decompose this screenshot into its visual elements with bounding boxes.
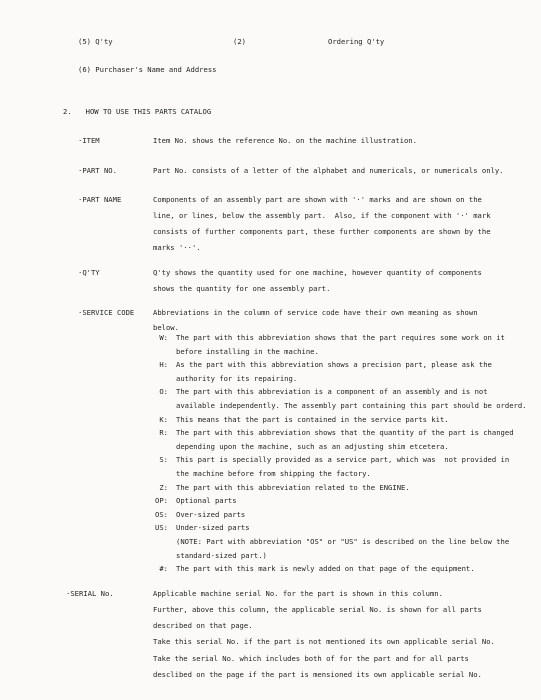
service-code-letter: #: bbox=[151, 562, 168, 576]
service-code-letter: S: bbox=[151, 453, 168, 480]
entry-part-no: ·PART NO. Part No. consists of a letter … bbox=[0, 163, 541, 179]
service-code-row-r: R: The part with this abbreviation shows… bbox=[0, 426, 541, 453]
service-code-text: Optional parts bbox=[176, 494, 237, 508]
purchaser-name-line: (6) Purchaser's Name and Address bbox=[0, 62, 541, 78]
entry-qty: ·Q'TY Q'ty shows the quantity used for o… bbox=[0, 265, 541, 297]
entry-qty-text: Q'ty shows the quantity used for one mac… bbox=[153, 265, 482, 297]
order-form-row: (5) Q'ty (2) Ordering Q'ty bbox=[0, 34, 541, 50]
section-heading: 2. HOW TO USE THIS PARTS CATALOG bbox=[0, 104, 541, 120]
service-code-row-w: W: The part with this abbreviation shows… bbox=[0, 331, 541, 358]
service-code-letter: Z: bbox=[151, 481, 168, 495]
entry-serial-no: ·SERIAL No. Applicable machine serial No… bbox=[0, 586, 541, 683]
section-number: 2. bbox=[63, 104, 72, 120]
service-code-text: The part with this abbreviation related … bbox=[176, 481, 410, 495]
service-code-text: As the part with this abbreviation shows… bbox=[176, 358, 492, 385]
service-code-letter: K: bbox=[151, 413, 168, 427]
service-code-row-z: Z: The part with this abbreviation relat… bbox=[0, 481, 541, 495]
entry-item-text: Item No. shows the reference No. on the … bbox=[153, 133, 417, 149]
entry-serial-no-text: Applicable machine serial No. for the pa… bbox=[153, 586, 495, 683]
service-code-row-op: OP: Optional parts bbox=[0, 494, 541, 508]
qty-field-label: (5) Q'ty bbox=[78, 34, 113, 50]
service-code-text: The part with this abbreviation is a com… bbox=[176, 385, 527, 412]
entry-part-name: ·PART NAME Components of an assembly par… bbox=[0, 192, 541, 256]
entry-item-label: ·ITEM bbox=[78, 133, 153, 149]
ordering-qty-label: Ordering Q'ty bbox=[328, 34, 384, 50]
service-code-text: The part with this abbreviation shows th… bbox=[176, 331, 505, 358]
entry-part-no-label: ·PART NO. bbox=[78, 163, 153, 179]
entry-qty-label: ·Q'TY bbox=[78, 265, 153, 297]
qty-field-value: (2) bbox=[233, 34, 246, 50]
service-code-text: The part with this mark is newly added o… bbox=[176, 562, 475, 576]
service-code-row-h: H: As the part with this abbreviation sh… bbox=[0, 358, 541, 385]
entry-serial-no-label: ·SERIAL No. bbox=[66, 586, 153, 683]
service-code-list: W: The part with this abbreviation shows… bbox=[0, 331, 541, 576]
service-code-letter: W: bbox=[151, 331, 168, 358]
entry-part-name-text: Components of an assembly part are shown… bbox=[153, 192, 491, 256]
service-code-row-s: S: This part is specially provided as a … bbox=[0, 453, 541, 480]
service-code-text: The part with this abbreviation shows th… bbox=[176, 426, 514, 453]
service-code-text: Over-sized parts bbox=[176, 508, 245, 522]
service-code-text: Under-sized parts bbox=[176, 521, 250, 535]
service-code-letter: R: bbox=[151, 426, 168, 453]
service-code-row-os: OS: Over-sized parts bbox=[0, 508, 541, 522]
service-code-row-k: K: This means that the part is contained… bbox=[0, 413, 541, 427]
service-code-row-us: US: Under-sized parts bbox=[0, 521, 541, 535]
us-os-note: (NOTE: Part with abbreviation "OS" or "U… bbox=[0, 535, 541, 562]
service-code-letter: OP: bbox=[151, 494, 168, 508]
entry-service-code-label: ·SERVICE CODE bbox=[78, 305, 153, 335]
service-code-text: This part is specially provided as a ser… bbox=[176, 453, 509, 480]
service-code-text: This means that the part is contained in… bbox=[176, 413, 449, 427]
service-code-letter: US: bbox=[151, 521, 168, 535]
entry-part-name-label: ·PART NAME bbox=[78, 192, 153, 256]
entry-item: ·ITEM Item No. shows the reference No. o… bbox=[0, 133, 541, 149]
service-code-letter: O: bbox=[151, 385, 168, 412]
service-code-letter: OS: bbox=[151, 508, 168, 522]
section-title: HOW TO USE THIS PARTS CATALOG bbox=[86, 104, 212, 120]
service-code-row-o: O: The part with this abbreviation is a … bbox=[0, 385, 541, 412]
entry-part-no-text: Part No. consists of a letter of the alp… bbox=[153, 163, 504, 179]
service-code-letter: H: bbox=[151, 358, 168, 385]
document-page: (5) Q'ty (2) Ordering Q'ty (6) Purchaser… bbox=[0, 0, 541, 700]
service-code-row-new-part: #: The part with this mark is newly adde… bbox=[0, 562, 541, 576]
